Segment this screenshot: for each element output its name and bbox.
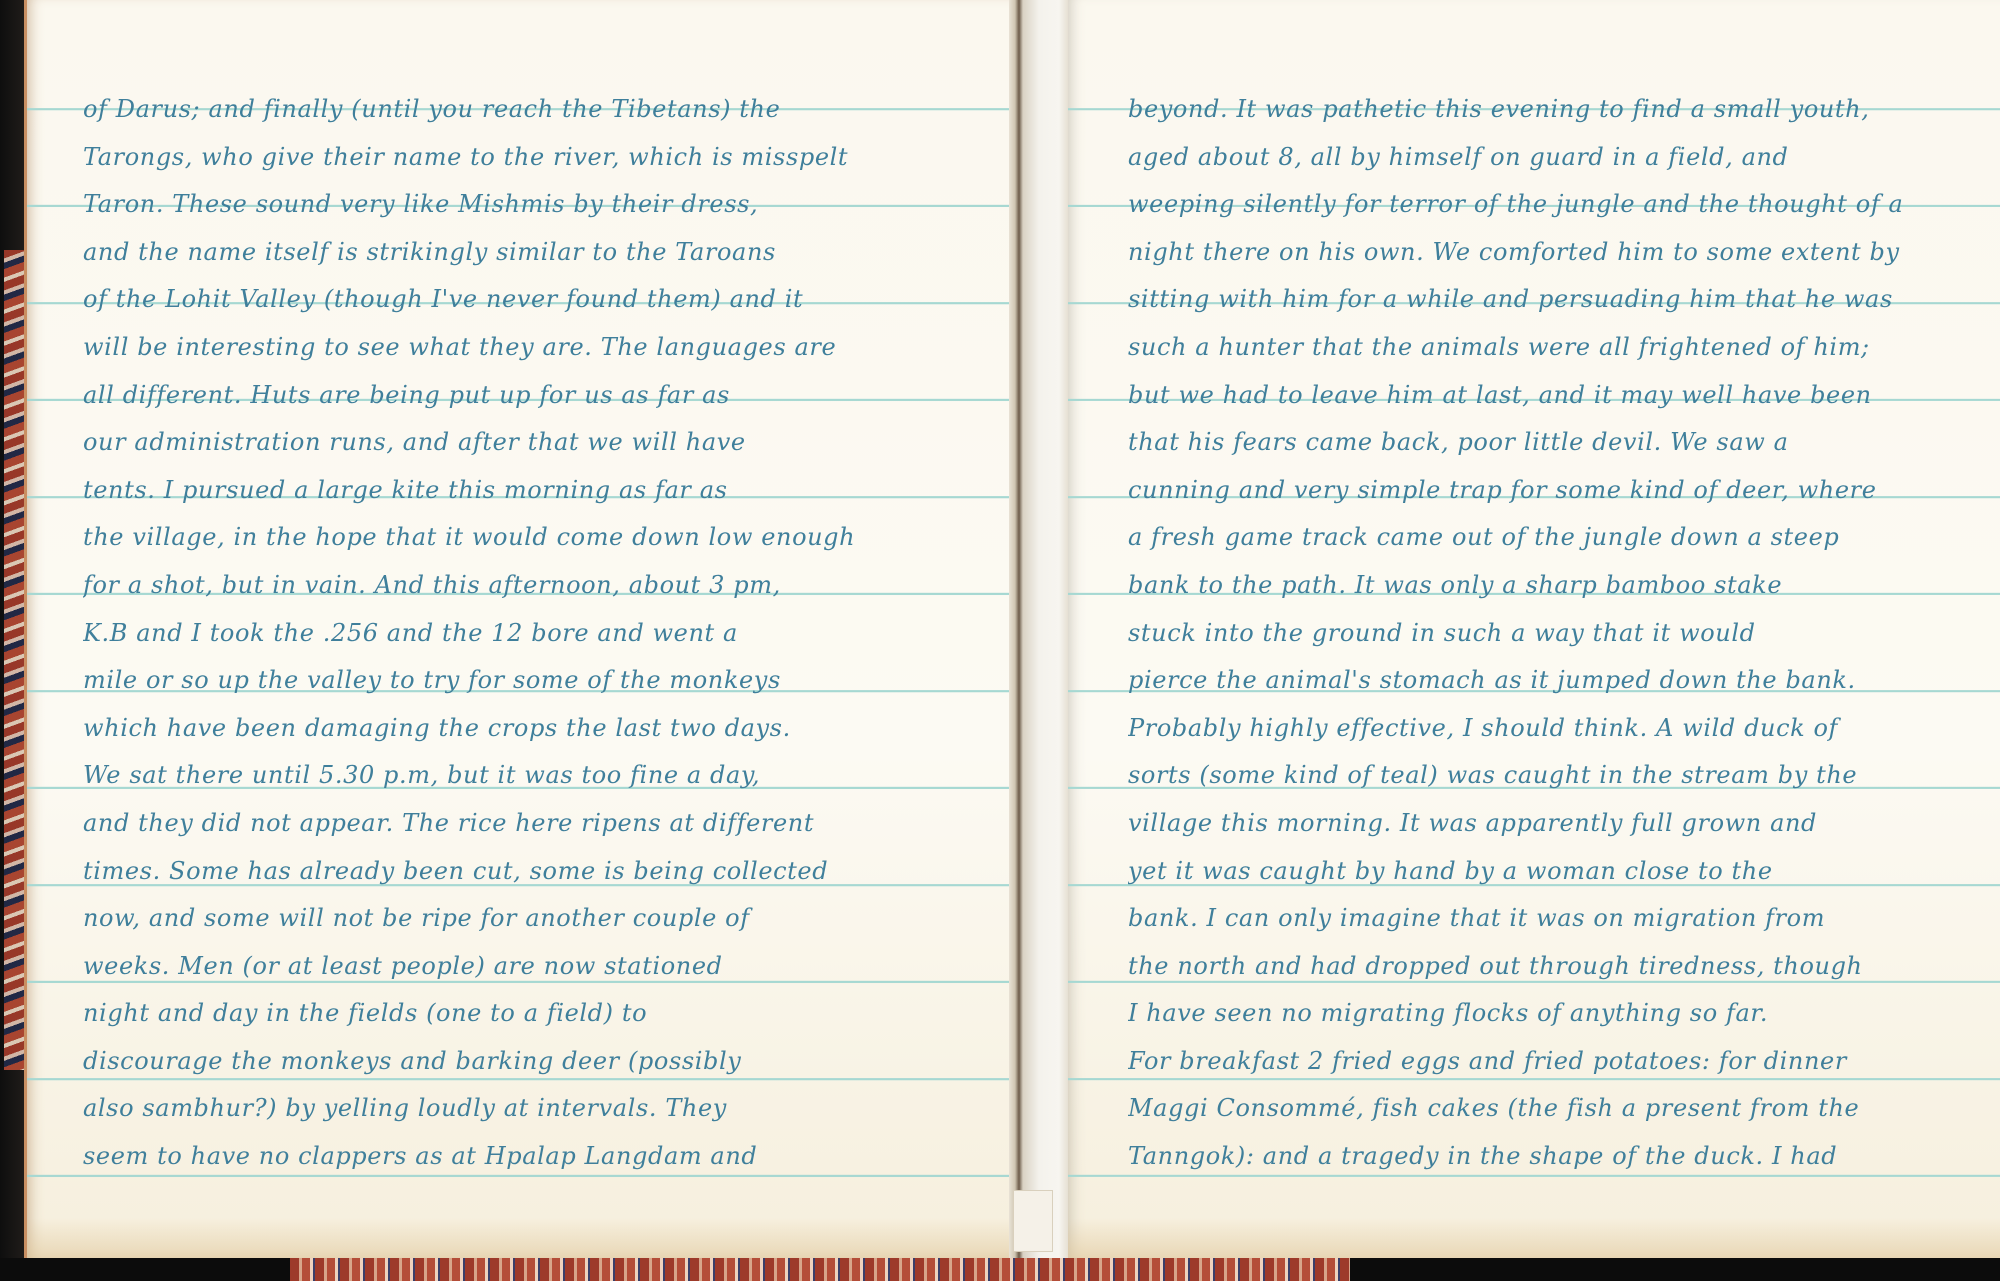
text-line: night and day in the fields (one to a fi… (83, 990, 982, 1038)
left-page-text: of Darus; and finally (until you reach t… (83, 86, 982, 1181)
text-line: Taron. These sound very like Mishmis by … (83, 181, 982, 229)
text-line: of the Lohit Valley (though I've never f… (83, 276, 982, 324)
text-line: bank to the path. It was only a sharp ba… (1128, 562, 1978, 610)
text-line: Maggi Consommé, fish cakes (the fish a p… (1128, 1085, 1978, 1133)
text-line: We sat there until 5.30 p.m, but it was … (83, 752, 982, 800)
text-line: seem to have no clappers as at Hpalap La… (83, 1133, 982, 1181)
text-line: will be interesting to see what they are… (83, 324, 982, 372)
text-line: our administration runs, and after that … (83, 419, 982, 467)
text-line: Tarongs, who give their name to the rive… (83, 134, 982, 182)
text-line: of Darus; and finally (until you reach t… (83, 86, 982, 134)
text-line: yet it was caught by hand by a woman clo… (1128, 848, 1978, 896)
text-line: but we had to leave him at last, and it … (1128, 372, 1978, 420)
text-line: pierce the animal's stomach as it jumped… (1128, 657, 1978, 705)
text-line: Tanngok): and a tragedy in the shape of … (1128, 1133, 1978, 1181)
text-line: bank. I can only imagine that it was on … (1128, 895, 1978, 943)
text-line: sorts (some kind of teal) was caught in … (1128, 752, 1978, 800)
right-page: beyond. It was pathetic this evening to … (1068, 0, 2000, 1258)
text-line: which have been damaging the crops the l… (83, 705, 982, 753)
text-line: sitting with him for a while and persuad… (1128, 276, 1978, 324)
text-line: I have seen no migrating flocks of anyth… (1128, 990, 1978, 1038)
text-line: that his fears came back, poor little de… (1128, 419, 1978, 467)
text-line: mile or so up the valley to try for some… (83, 657, 982, 705)
text-line: the village, in the hope that it would c… (83, 514, 982, 562)
text-line: also sambhur?) by yelling loudly at inte… (83, 1085, 982, 1133)
age-stain (27, 1218, 1012, 1258)
text-line: the north and had dropped out through ti… (1128, 943, 1978, 991)
text-line: tents. I pursued a large kite this morni… (83, 467, 982, 515)
age-stain (1068, 1218, 2000, 1258)
text-line: now, and some will not be ripe for anoth… (83, 895, 982, 943)
right-page-text: beyond. It was pathetic this evening to … (1128, 86, 1978, 1181)
book-spine-gutter (1009, 0, 1068, 1258)
text-line: and the name itself is strikingly simila… (83, 229, 982, 277)
text-line: for a shot, but in vain. And this aftern… (83, 562, 982, 610)
text-line: weeping silently for terror of the jungl… (1128, 181, 1978, 229)
text-line: Probably highly effective, I should thin… (1128, 705, 1978, 753)
text-line: times. Some has already been cut, some i… (83, 848, 982, 896)
text-line: weeks. Men (or at least people) are now … (83, 943, 982, 991)
text-line: a fresh game track came out of the jungl… (1128, 514, 1978, 562)
text-line: For breakfast 2 fried eggs and fried pot… (1128, 1038, 1978, 1086)
binding-tab (1013, 1190, 1053, 1252)
text-line: stuck into the ground in such a way that… (1128, 610, 1978, 658)
left-page: of Darus; and finally (until you reach t… (24, 0, 1012, 1258)
text-line: village this morning. It was apparently … (1128, 800, 1978, 848)
text-line: aged about 8, all by himself on guard in… (1128, 134, 1978, 182)
text-line: and they did not appear. The rice here r… (83, 800, 982, 848)
text-line: K.B and I took the .256 and the 12 bore … (83, 610, 982, 658)
text-line: such a hunter that the animals were all … (1128, 324, 1978, 372)
text-line: discourage the monkeys and barking deer … (83, 1038, 982, 1086)
marbled-page-edge-bottom (290, 1258, 1350, 1281)
marbled-page-edge-left (4, 250, 24, 1070)
text-line: all different. Huts are being put up for… (83, 372, 982, 420)
text-line: night there on his own. We comforted him… (1128, 229, 1978, 277)
text-line: cunning and very simple trap for some ki… (1128, 467, 1978, 515)
text-line: beyond. It was pathetic this evening to … (1128, 86, 1978, 134)
